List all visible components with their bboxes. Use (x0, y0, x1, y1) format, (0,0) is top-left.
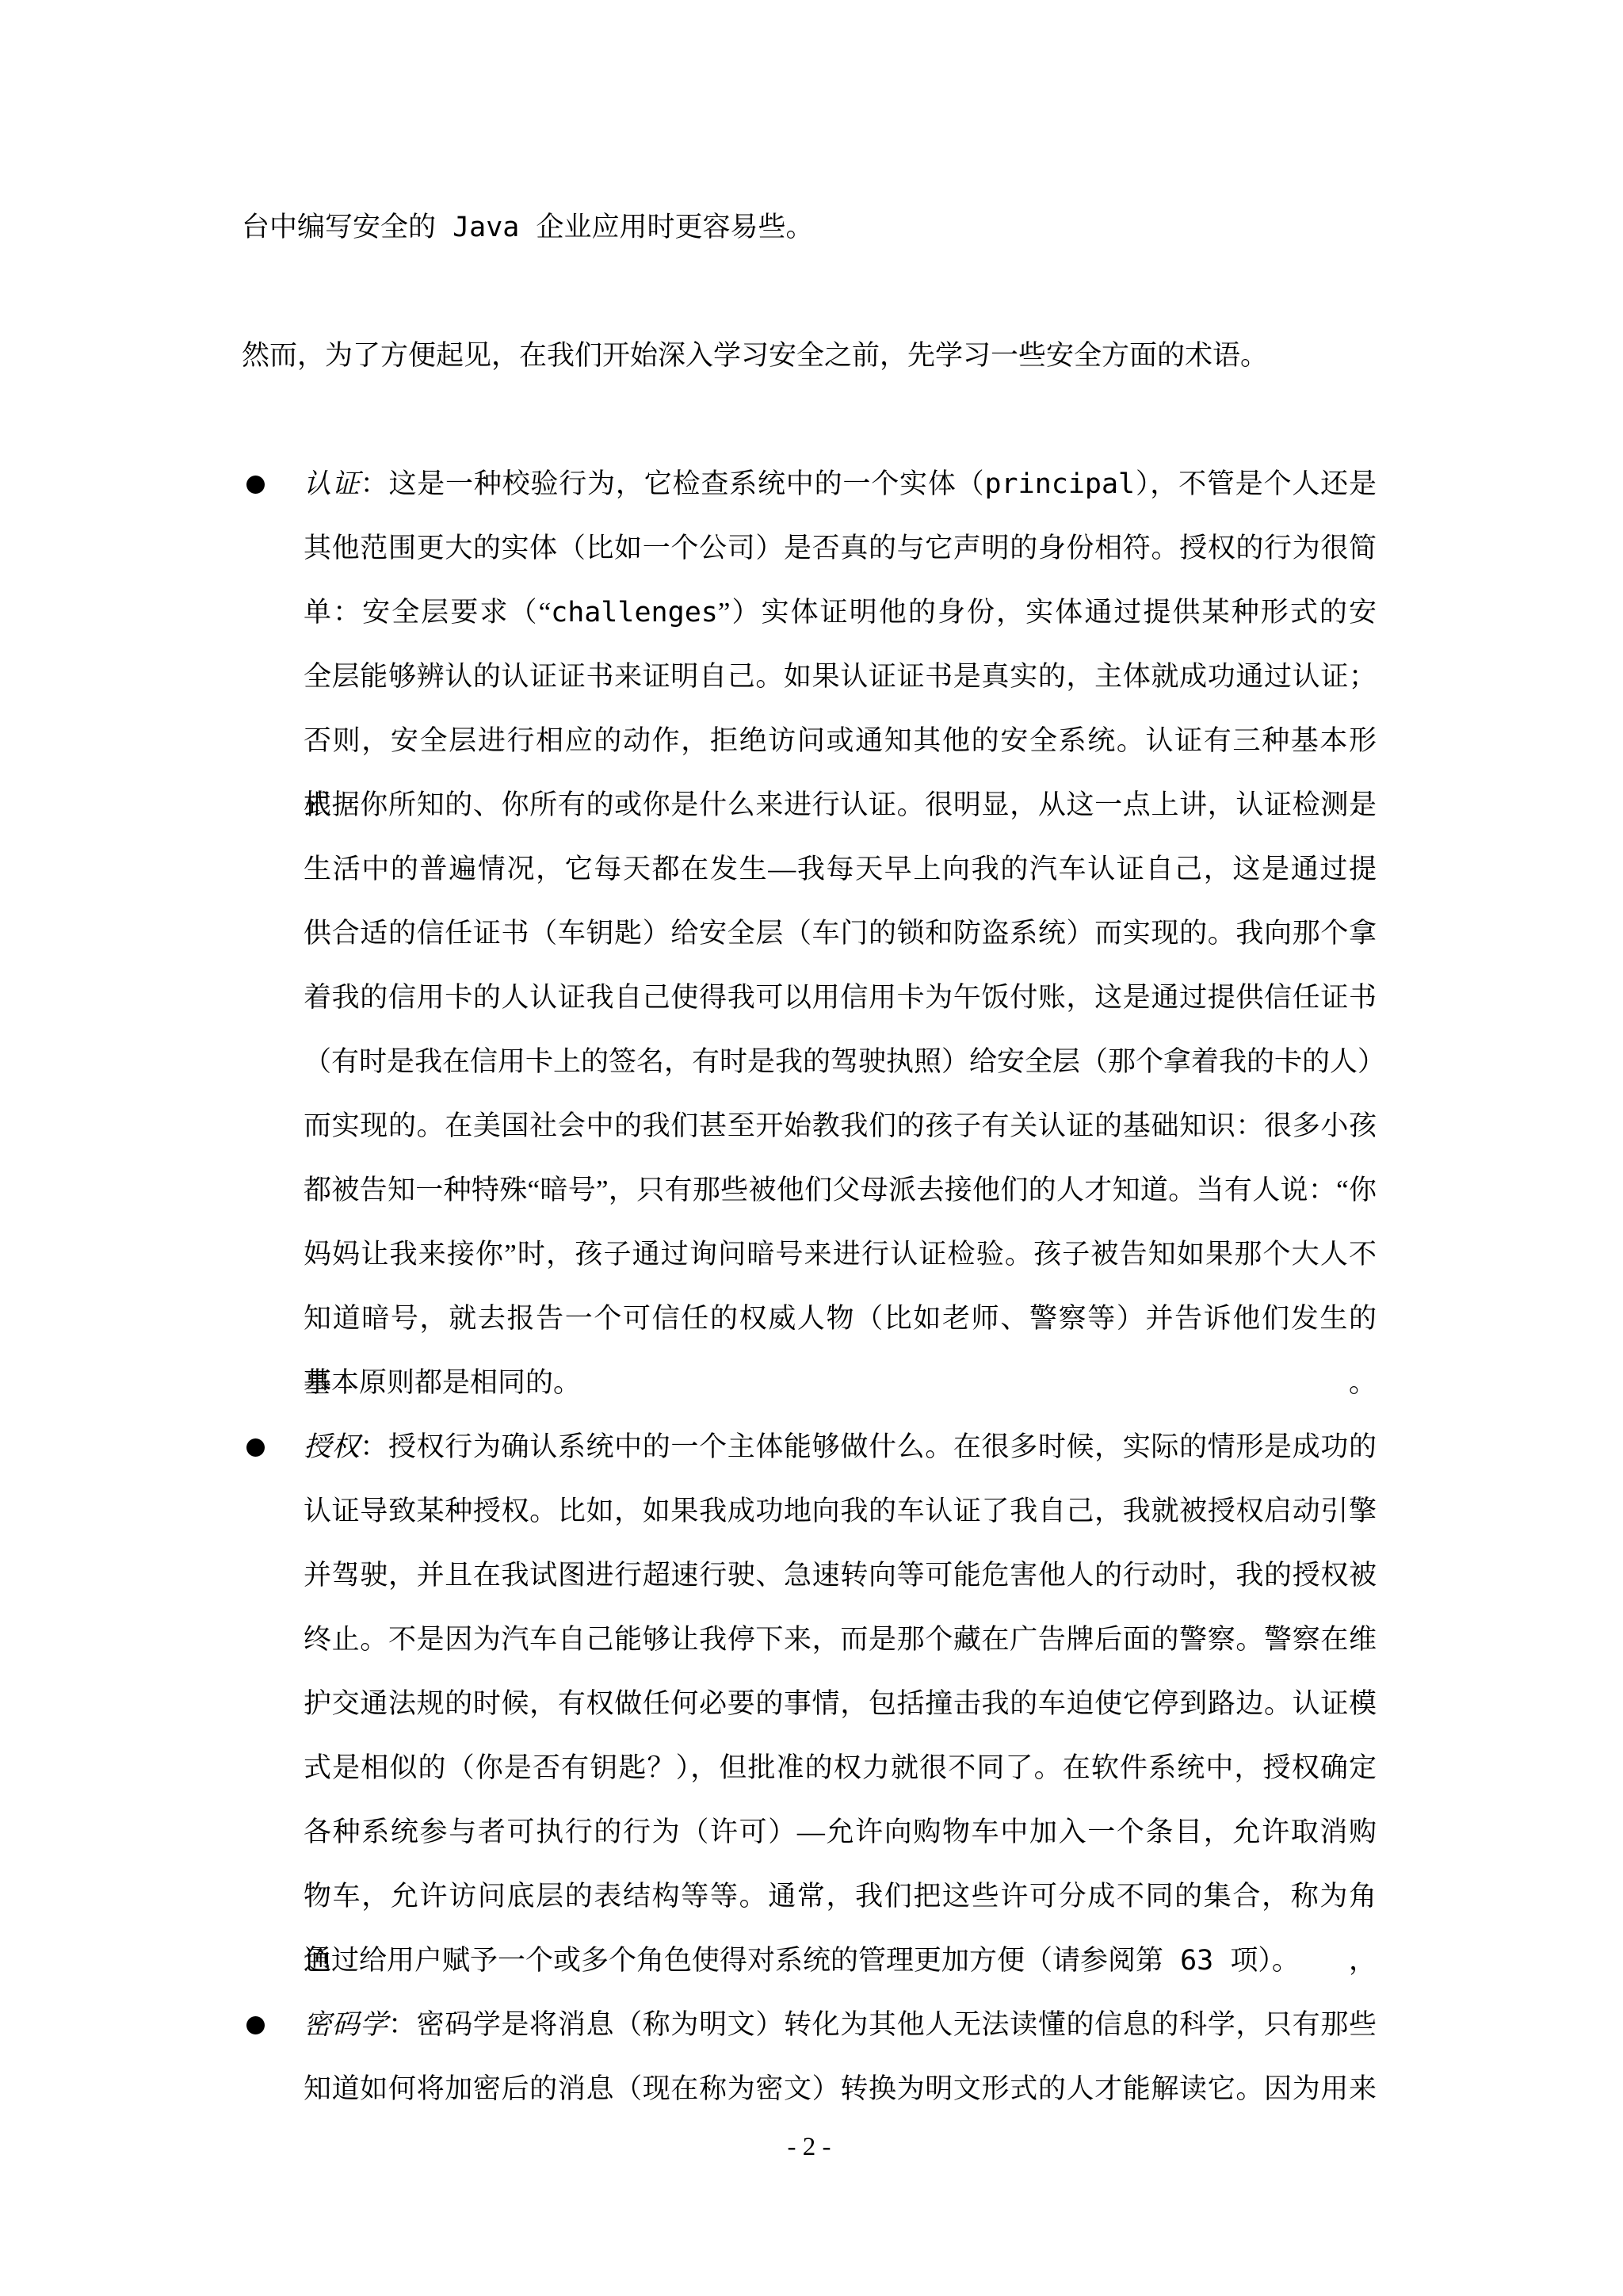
bullet-line: 全层能够辨认的认证证书来证明自己。如果认证证书是真实的，主体就成功通过认证； (304, 644, 1377, 709)
bullet-line: 通过给用户赋予一个或多个角色使得对系统的管理更加方便（请参阅第 63 项）。 (304, 1928, 1377, 1992)
bullet-line: 式是相似的（你是否有钥匙？），但批准的权力就很不同了。在软件系统中，授权确定 (304, 1736, 1377, 1800)
paragraph-line: 然而，为了方便起见，在我们开始深入学习安全之前，先学习一些安全方面的术语。 (242, 323, 1377, 388)
paragraph-line: 台中编写安全的 Java 企业应用时更容易些。 (242, 195, 1377, 259)
bullet-line: 物车，允许访问底层的表结构等等。通常，我们把这些许可分成不同的集合，称为角色， (304, 1864, 1377, 1928)
page-number: - 2 - (242, 2115, 1377, 2179)
bullet-term: 密码学 (304, 2009, 388, 2040)
bullet-line: 都被告知一种特殊“暗号”，只有那些被他们父母派去接他们的人才知道。当有人说：“你 (304, 1158, 1377, 1222)
page-content: 台中编写安全的 Java 企业应用时更容易些。然而，为了方便起见，在我们开始深入… (242, 195, 1377, 2121)
document-page: 台中编写安全的 Java 企业应用时更容易些。然而，为了方便起见，在我们开始深入… (0, 0, 1623, 2296)
bullet-line: 而实现的。在美国社会中的我们甚至开始教我们的孩子有关认证的基础知识：很多小孩 (304, 1094, 1377, 1158)
bullet-line: 单：安全层要求（“challenges”）实体证明他的身份，实体通过提供某种形式… (304, 580, 1377, 644)
bullet-line: 护交通法规的时候，有权做任何必要的事情，包括撞击我的车迫使它停到路边。认证模 (304, 1671, 1377, 1736)
bullet-term: 认证 (304, 468, 361, 499)
bullet-first-line: 认证：这是一种校验行为，它检查系统中的一个实体（principal），不管是个人… (304, 452, 1377, 516)
bullet-first-line: 授权：授权行为确认系统中的一个主体能够做什么。在很多时候，实际的情形是成功的 (304, 1415, 1377, 1479)
bullet-line: 供合适的信任证书（车钥匙）给安全层（车门的锁和防盗系统）而实现的。我向那个拿 (304, 901, 1377, 965)
paragraph-gap (242, 388, 1377, 452)
bullet-line: 根据你所知的、你所有的或你是什么来进行认证。很明显，从这一点上讲，认证检测是 (304, 773, 1377, 837)
paragraph-gap (242, 259, 1377, 323)
bullet-line: 其他范围更大的实体（比如一个公司）是否真的与它声明的身份相符。授权的行为很简 (304, 516, 1377, 580)
bullet-first-line: 密码学：密码学是将消息（称为明文）转化为其他人无法读懂的信息的科学，只有那些 (304, 1992, 1377, 2057)
bullet-line: 认证导致某种授权。比如，如果我成功地向我的车认证了我自己，我就被授权启动引擎 (304, 1479, 1377, 1543)
bullet-line: 妈妈让我来接你”时，孩子通过询问暗号来进行认证检验。孩子被告知如果那个大人不 (304, 1222, 1377, 1286)
bullet-line: 着我的信用卡的人认证我自己使得我可以用信用卡为午饭付账，这是通过提供信任证书 (304, 965, 1377, 1030)
bullet-term-colon: ： (360, 1431, 388, 1462)
bullet-line: 知道暗号，就去报告一个可信任的权威人物（比如老师、警察等）并告诉他们发生的事。 (304, 1286, 1377, 1350)
bullet-line: （有时是我在信用卡上的签名，有时是我的驾驶执照）给安全层（那个拿着我的卡的人） (304, 1030, 1377, 1094)
bullet-icon (246, 2016, 265, 2034)
bullet-icon (246, 476, 265, 494)
bullet-line: 基本原则都是相同的。 (304, 1350, 1377, 1415)
bullet-line: 终止。不是因为汽车自己能够让我停下来，而是那个藏在广告牌后面的警察。警察在维 (304, 1607, 1377, 1671)
bullet-line: 各种系统参与者可执行的行为（许可）—允许向购物车中加入一个条目，允许取消购 (304, 1800, 1377, 1864)
bullet-term-colon: ： (361, 468, 389, 499)
bullet-line: 知道如何将加密后的消息（现在称为密文）转换为明文形式的人才能解读它。因为用来 (304, 2057, 1377, 2121)
bullet-line: 生活中的普遍情况，它每天都在发生—我每天早上向我的汽车认证自己，这是通过提 (304, 837, 1377, 901)
bullet-icon (246, 1438, 265, 1457)
bullet-term: 授权 (304, 1431, 360, 1462)
bullet-line: 并驾驶，并且在我试图进行超速行驶、急速转向等可能危害他人的行动时，我的授权被 (304, 1543, 1377, 1607)
bullet-term-colon: ： (388, 2009, 417, 2040)
bullet-line: 否则，安全层进行相应的动作，拒绝访问或通知其他的安全系统。认证有三种基本形式： (304, 709, 1377, 773)
